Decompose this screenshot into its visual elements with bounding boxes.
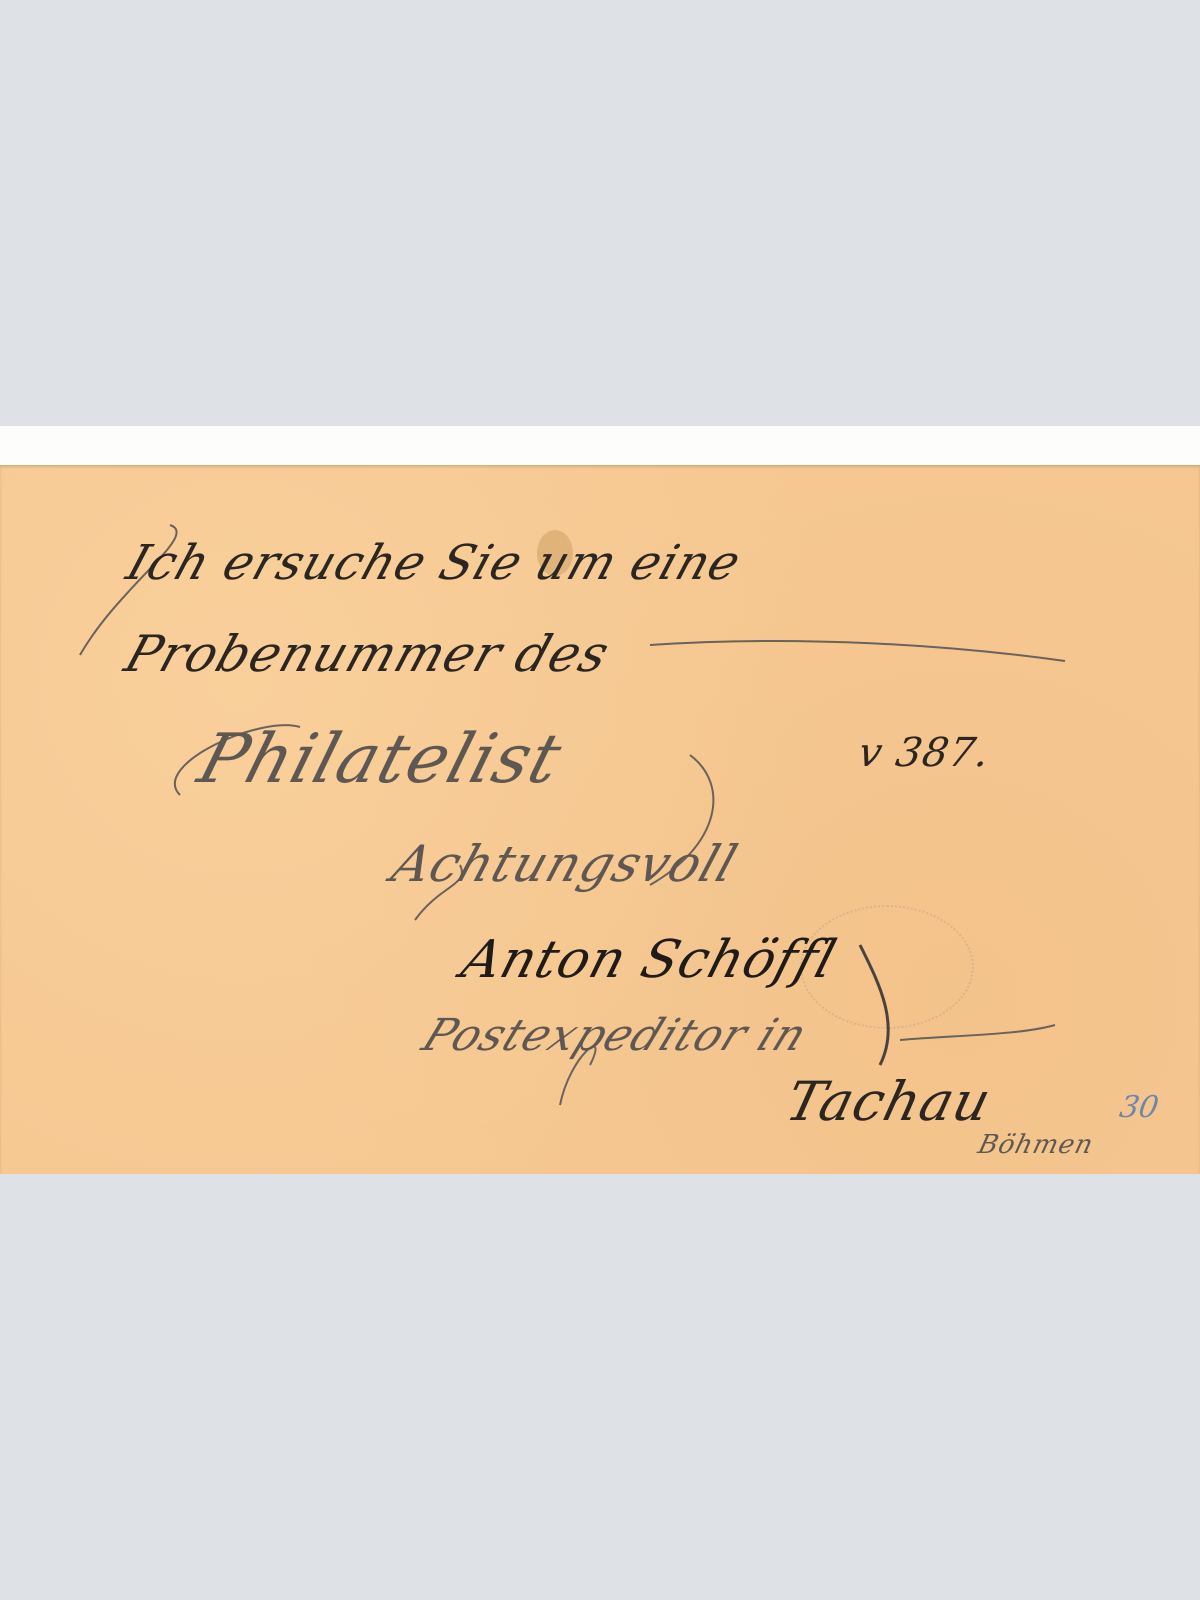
postcard: Ich ersuche Sie um eine Probenummer des … — [0, 465, 1200, 1174]
reference-number: v 387. — [855, 730, 993, 776]
text-line-closing: Achtungsvoll — [385, 835, 745, 893]
sender-town: Tachau — [780, 1070, 998, 1133]
sender-name: Anton Schöffl — [455, 930, 843, 990]
pencil-annotation: 30 — [1117, 1090, 1161, 1125]
document-viewer: Ich ersuche Sie um eine Probenummer des … — [0, 0, 1200, 1600]
text-line-request: Ich ersuche Sie um eine — [120, 535, 748, 591]
sender-region: Böhmen — [975, 1130, 1097, 1160]
text-line-journal-title: Philatelist — [190, 720, 571, 799]
text-line-sample-issue: Probenummer des — [118, 625, 617, 683]
sender-title: Postexpeditor in — [415, 1010, 815, 1061]
postcard-scan: Ich ersuche Sie um eine Probenummer des … — [0, 426, 1200, 1174]
